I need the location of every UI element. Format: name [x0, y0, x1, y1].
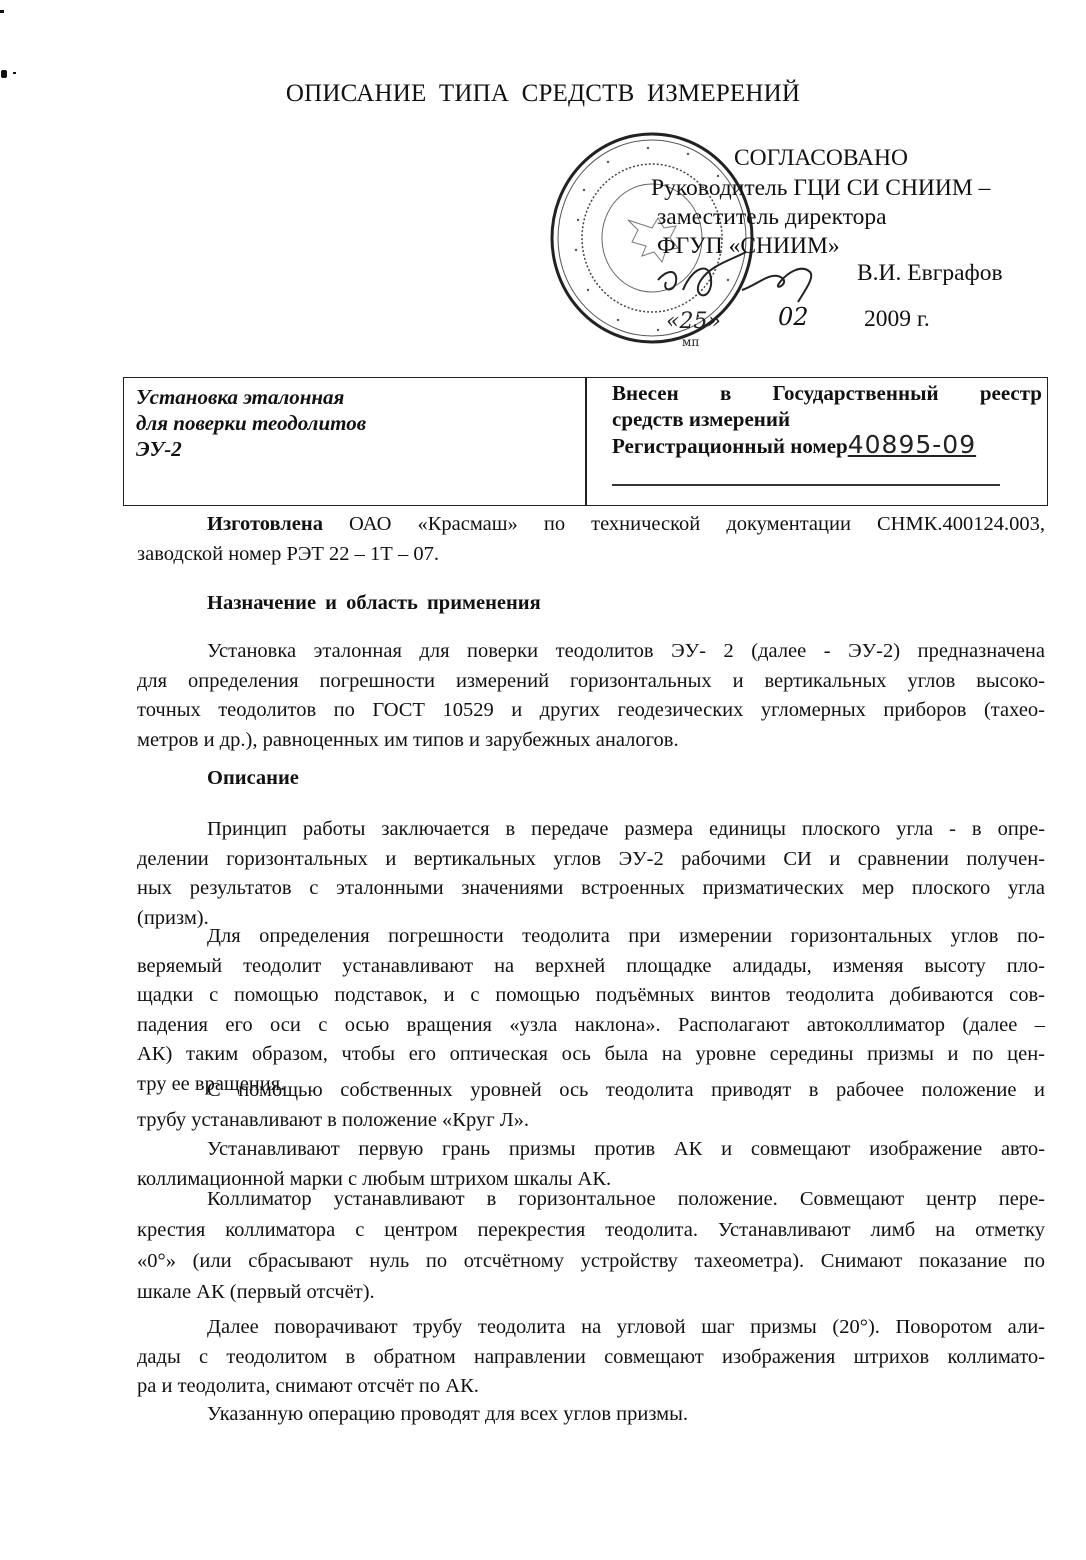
date-month-handwritten: 02 [778, 303, 809, 331]
registration-box: Установка эталонная для поверки теодолит… [123, 377, 1048, 506]
registration-number-value: 40895-09 [848, 430, 976, 459]
registration-number-label: Регистрационный номер [612, 434, 848, 458]
registration-number-line: Регистрационный номер40895-09 [612, 432, 1042, 459]
instrument-name-line: для поверки теодолитов [136, 410, 366, 436]
svg-text:мп: мп [682, 335, 699, 346]
table-divider [585, 378, 587, 505]
document-title: ОПИСАНИЕ ТИПА СРЕДСТВ ИЗМЕРЕНИЙ [0, 80, 1086, 108]
description-paragraph: Далее поворачивают трубу теодолита на уг… [137, 1313, 1045, 1402]
instrument-name-line: ЭУ-2 [136, 436, 366, 462]
manufacturer-paragraph: Изготовлена ОАО «Красмаш» по технической… [137, 510, 1045, 569]
registry-line2: средств измерений [612, 406, 1042, 432]
description-paragraph: Для определения погрешности теодолита пр… [137, 922, 1045, 1100]
instrument-name-line: Установка эталонная [136, 384, 366, 410]
scan-speck [13, 72, 16, 74]
blank-underline [612, 484, 1000, 486]
registry-cell: Внесен в Государственный реестр средств … [612, 380, 1042, 459]
description-paragraph: С помощью собственных уровней ось теодол… [137, 1076, 1045, 1135]
signature-icon [740, 250, 830, 310]
description-paragraph: Указанную операцию проводят для всех угл… [137, 1400, 1045, 1430]
section-heading-description: Описание [207, 767, 299, 790]
purpose-paragraph: Установка эталонная для поверки теодолит… [137, 637, 1045, 755]
approval-position-line1: Руководитель ГЦИ СИ СНИИМ – [651, 174, 990, 202]
approval-position-line2: заместитель директора [657, 203, 887, 231]
approval-signatory: В.И. Евграфов [857, 259, 1003, 287]
approval-label: СОГЛАСОВАНО [734, 144, 908, 172]
instrument-name-cell: Установка эталонная для поверки теодолит… [136, 384, 366, 462]
description-paragraph: Коллиматор устанавливают в горизонтально… [137, 1184, 1045, 1308]
scan-speck [0, 10, 4, 13]
date-day: «25» [666, 309, 721, 334]
approval-date-year: 2009 г. [864, 305, 930, 333]
registry-line1: Внесен в Государственный реестр [612, 380, 1042, 406]
manufacturer-lead: Изготовлена [207, 513, 323, 535]
scan-speck [1, 70, 7, 78]
section-heading-purpose: Назначение и область применения [207, 592, 541, 615]
description-paragraph: Принцип работы заключается в передаче ра… [137, 815, 1045, 933]
